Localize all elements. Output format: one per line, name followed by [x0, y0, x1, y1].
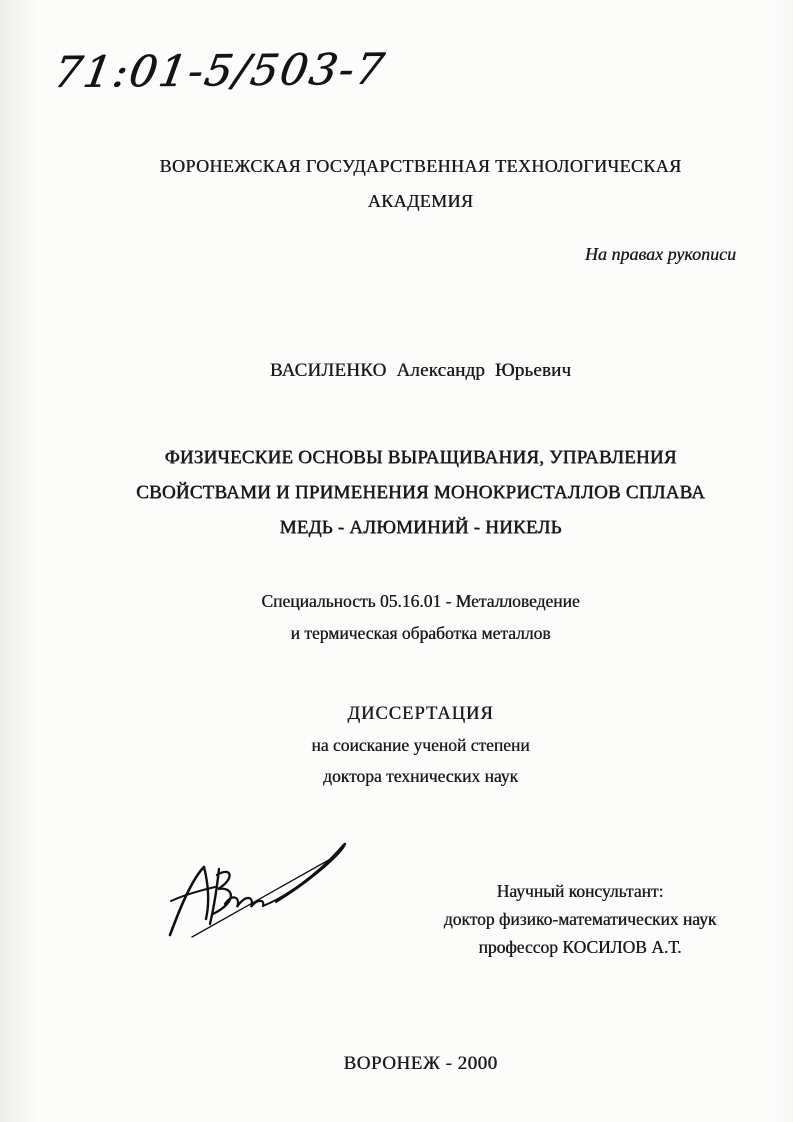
consultant-name-line: профессор КОСИЛОВ А.Т. — [415, 933, 745, 961]
document-type-label: ДИССЕРТАЦИЯ — [48, 699, 793, 730]
institution-line-1: ВОРОНЕЖСКАЯ ГОСУДАРСТВЕННАЯ ТЕХНОЛОГИЧЕС… — [48, 149, 793, 184]
handwritten-catalog-number: 71:01-5/503-7 — [50, 45, 389, 98]
specialty-block: Специальность 05.16.01 - Металловедение … — [48, 585, 793, 649]
manuscript-rights-note: На правах рукописи — [48, 243, 793, 265]
thesis-statement-block: ДИССЕРТАЦИЯ на соискание ученой степени … — [48, 699, 793, 792]
city-year-line: ВОРОНЕЖ - 2000 — [48, 1052, 793, 1076]
dissertation-title: ФИЗИЧЕСКИЕ ОСНОВЫ ВЫРАЩИВАНИЯ, УПРАВЛЕНИ… — [48, 440, 793, 545]
consultant-label: Научный консультант: — [415, 877, 745, 905]
author-name: ВАСИЛЕНКО Александр Юрьевич — [48, 359, 793, 383]
consultant-block: Научный консультант: доктор физико-матем… — [415, 877, 745, 961]
institution-line-2: АКАДЕМИЯ — [48, 184, 793, 219]
institution-name: ВОРОНЕЖСКАЯ ГОСУДАРСТВЕННАЯ ТЕХНОЛОГИЧЕС… — [48, 149, 793, 219]
title-line-3: МЕДЬ - АЛЮМИНИЙ - НИКЕЛЬ — [48, 510, 793, 545]
degree-name-line: доктора технических наук — [48, 761, 793, 792]
specialty-line-2: и термическая обработка металлов — [48, 617, 793, 649]
title-line-2: СВОЙСТВАМИ И ПРИМЕНЕНИЯ МОНОКРИСТАЛЛОВ С… — [48, 475, 793, 510]
dissertation-title-page: 71:01-5/503-7 ВОРОНЕЖСКАЯ ГОСУДАРСТВЕННА… — [0, 0, 793, 1122]
title-line-1: ФИЗИЧЕСКИЕ ОСНОВЫ ВЫРАЩИВАНИЯ, УПРАВЛЕНИ… — [48, 440, 793, 475]
consultant-degree-line: доктор физико-математических наук — [415, 905, 745, 933]
degree-purpose-line: на соискание ученой степени — [48, 730, 793, 761]
author-signature — [168, 823, 352, 941]
specialty-line-1: Специальность 05.16.01 - Металловедение — [48, 585, 793, 617]
